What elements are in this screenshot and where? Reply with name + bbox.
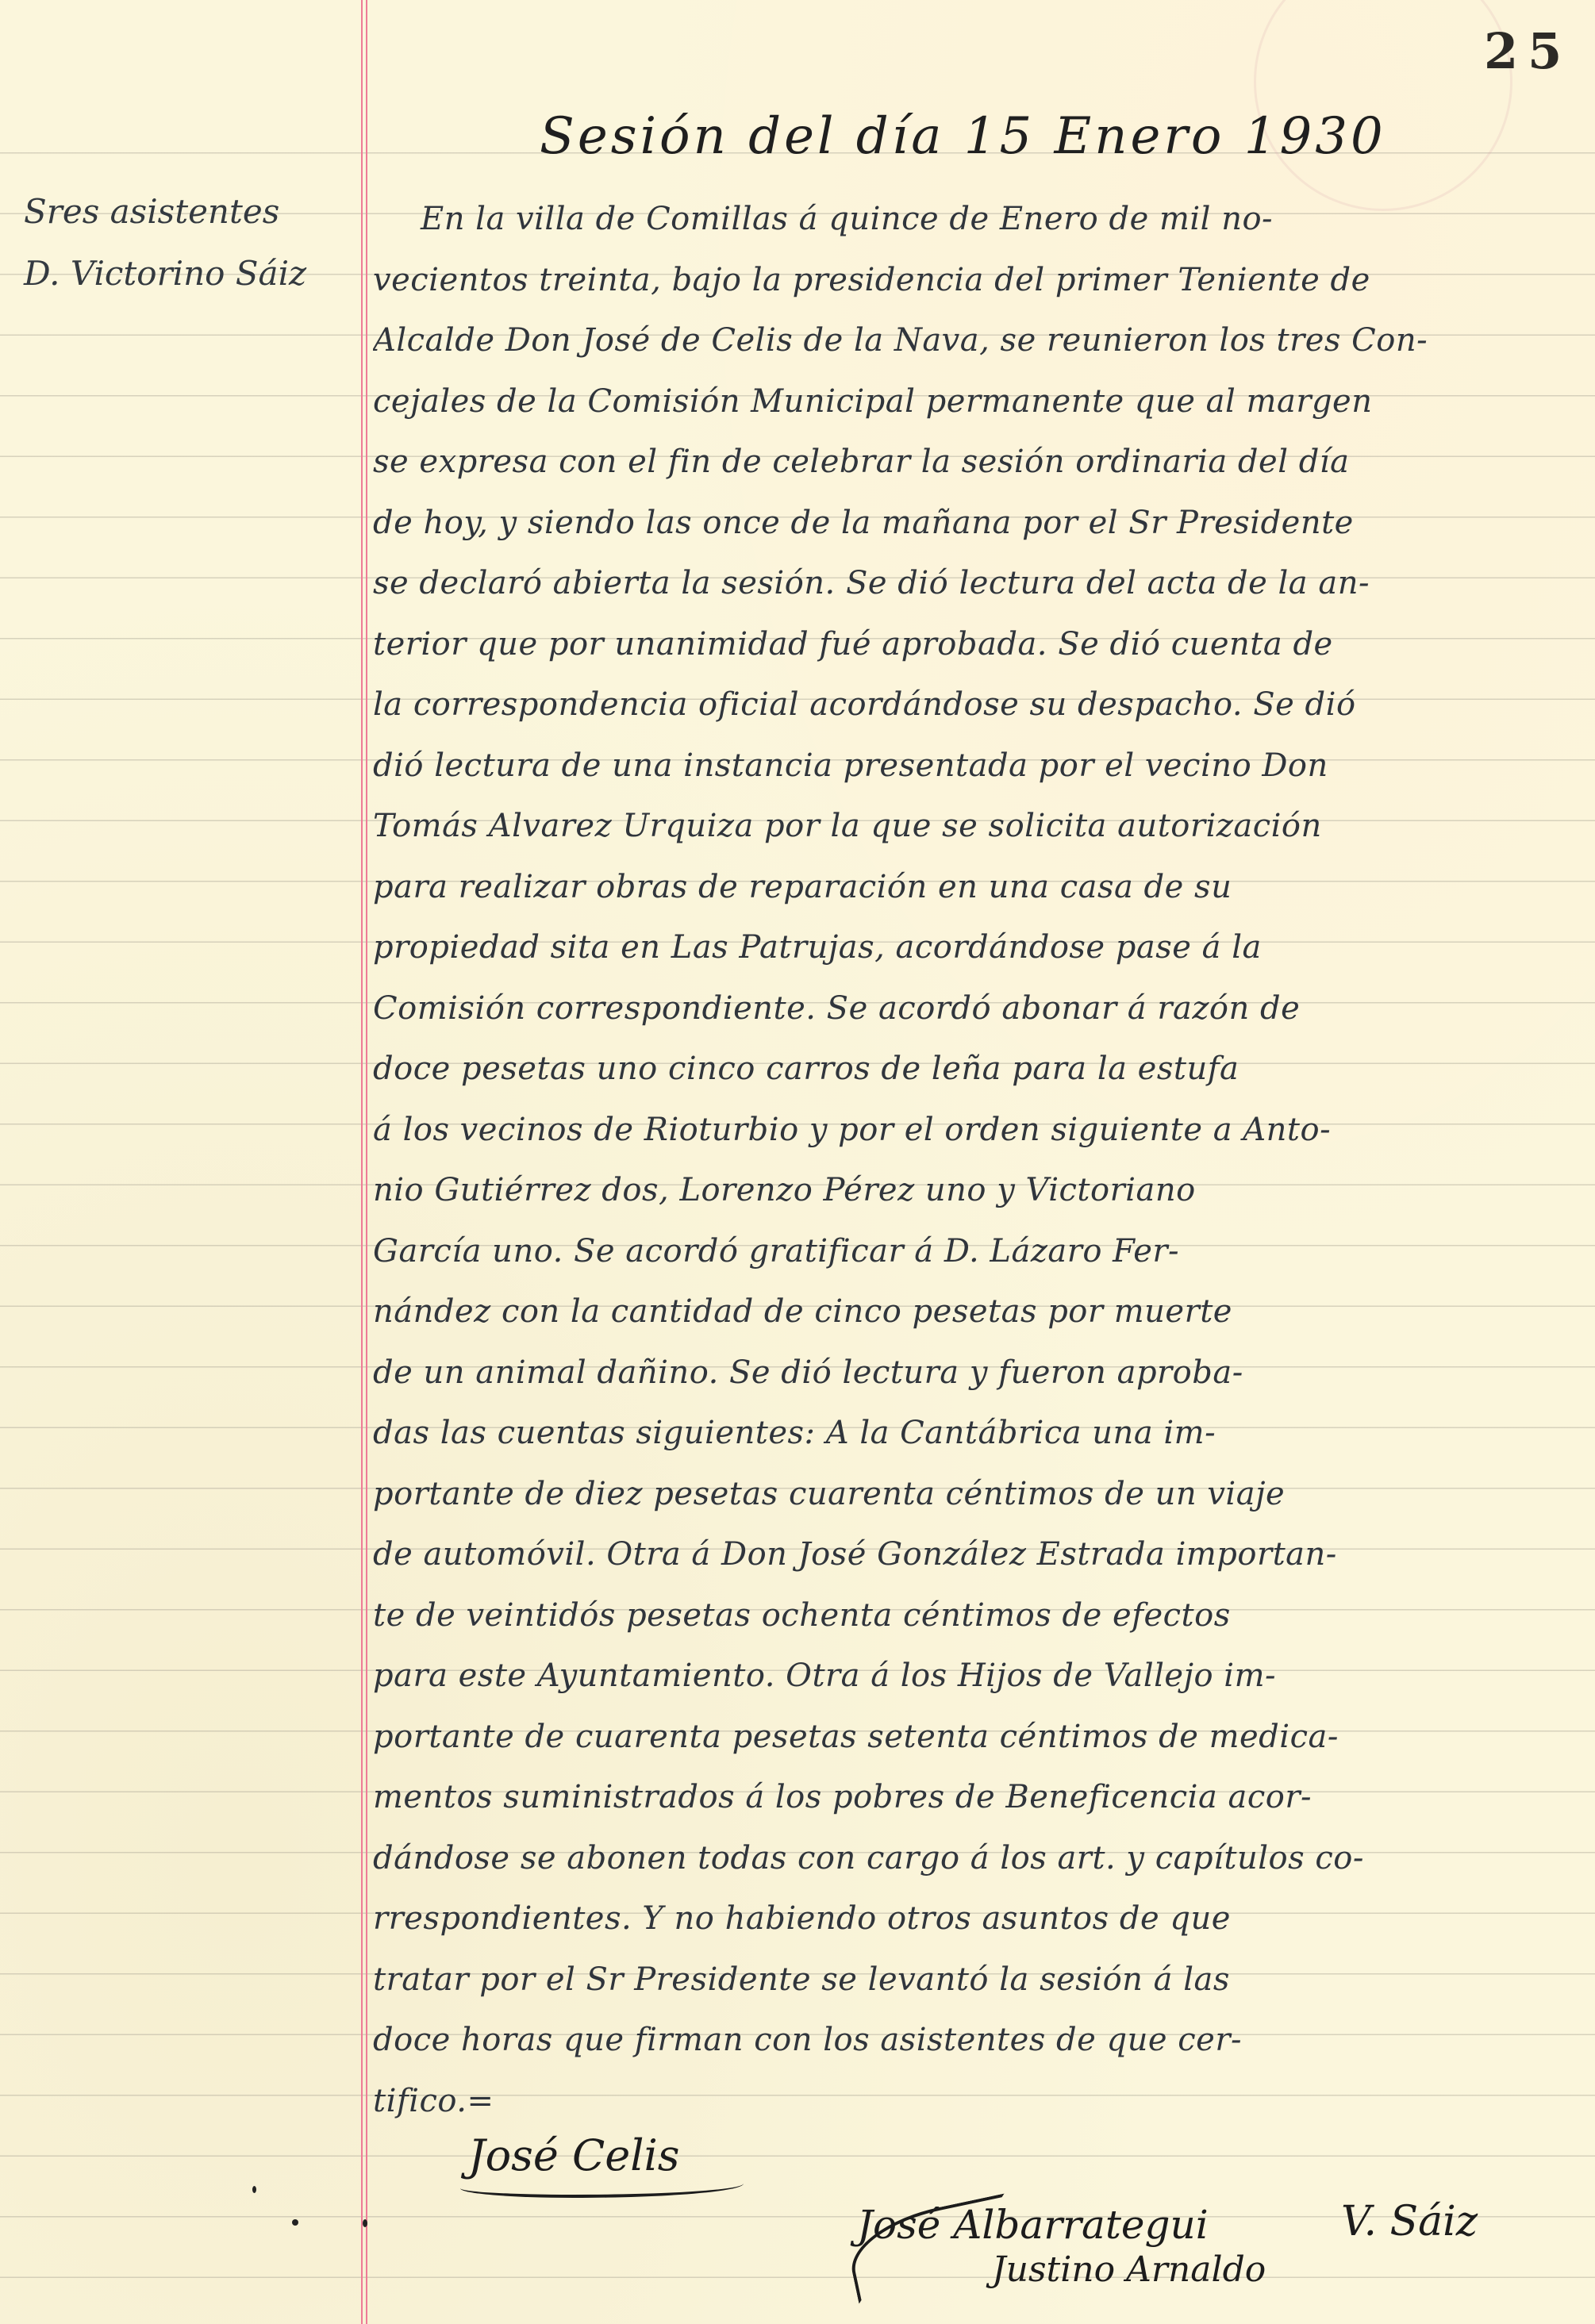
body-line: cejales de la Comisión Municipal permane…	[373, 371, 1579, 432]
page-number: 25	[1484, 22, 1571, 80]
body-line: nández con la cantidad de cinco pesetas …	[373, 1281, 1579, 1343]
body-line: portante de cuarenta pesetas setenta cén…	[373, 1707, 1579, 1768]
body-line: propiedad sita en Las Patrujas, acordánd…	[373, 917, 1579, 978]
body-line: tifico.=	[373, 2071, 1579, 2132]
ink-blot	[292, 2219, 298, 2226]
body-line: rrespondientes. Y no habiendo otros asun…	[373, 1888, 1579, 1949]
body-line: dándose se abonen todas con cargo á los …	[373, 1828, 1579, 1889]
body-line: para realizar obras de reparación en una…	[373, 857, 1579, 918]
attendee-name: D. Victorino Sáiz	[24, 254, 306, 293]
session-title: Sesión del día 15 Enero 1930	[540, 107, 1386, 166]
margin-rule-line	[361, 0, 363, 2324]
body-line: mentos suministrados á los pobres de Ben…	[373, 1767, 1579, 1828]
body-line: portante de diez pesetas cuarenta céntim…	[373, 1464, 1579, 1525]
body-line: tratar por el Sr Presidente se levantó l…	[373, 1949, 1579, 2011]
signature-jose-celis: José Celis	[468, 2130, 680, 2180]
signature-justino-arnaldo: Justino Arnaldo	[992, 2249, 1266, 2290]
body-line: de un animal dañino. Se dió lectura y fu…	[373, 1343, 1579, 1404]
margin-rule-line	[366, 0, 367, 2324]
body-line: terior que por unanimidad fué aprobada. …	[373, 614, 1579, 675]
body-line: la correspondencia oficial acordándose s…	[373, 674, 1579, 736]
body-line: García uno. Se acordó gratificar á D. Lá…	[373, 1221, 1579, 1282]
body-line: Comisión correspondiente. Se acordó abon…	[373, 978, 1579, 1039]
body-line: das las cuentas siguientes: A la Cantábr…	[373, 1403, 1579, 1464]
ledger-page: 25 Sesión del día 15 Enero 1930 Sres asi…	[0, 0, 1595, 2324]
minutes-body: En la villa de Comillas á quince de Ener…	[373, 189, 1579, 2131]
attendees-heading: Sres asistentes	[24, 192, 279, 231]
ink-blot	[363, 2219, 367, 2227]
body-line: doce pesetas uno cinco carros de leña pa…	[373, 1039, 1579, 1100]
body-line: nio Gutiérrez dos, Lorenzo Pérez uno y V…	[373, 1160, 1579, 1221]
body-line: Tomás Alvarez Urquiza por la que se soli…	[373, 796, 1579, 857]
body-line: á los vecinos de Rioturbio y por el orde…	[373, 1100, 1579, 1161]
body-line: dió lectura de una instancia presentada …	[373, 736, 1579, 797]
signature-v-saiz: V. Sáiz	[1341, 2198, 1478, 2245]
body-line: doce horas que firman con los asistentes…	[373, 2010, 1579, 2071]
body-line: de automóvil. Otra á Don José González E…	[373, 1524, 1579, 1585]
body-line: vecientos treinta, bajo la presidencia d…	[373, 250, 1579, 311]
body-line: se declaró abierta la sesión. Se dió lec…	[373, 553, 1579, 614]
ink-blot	[252, 2186, 256, 2193]
body-line: te de veintidós pesetas ochenta céntimos…	[373, 1585, 1579, 1646]
body-line: de hoy, y siendo las once de la mañana p…	[373, 493, 1579, 554]
body-line: para este Ayuntamiento. Otra á los Hijos…	[373, 1646, 1579, 1707]
body-line: se expresa con el fin de celebrar la ses…	[373, 432, 1579, 493]
body-line: En la villa de Comillas á quince de Ener…	[373, 189, 1579, 250]
body-line: Alcalde Don José de Celis de la Nava, se…	[373, 310, 1579, 371]
